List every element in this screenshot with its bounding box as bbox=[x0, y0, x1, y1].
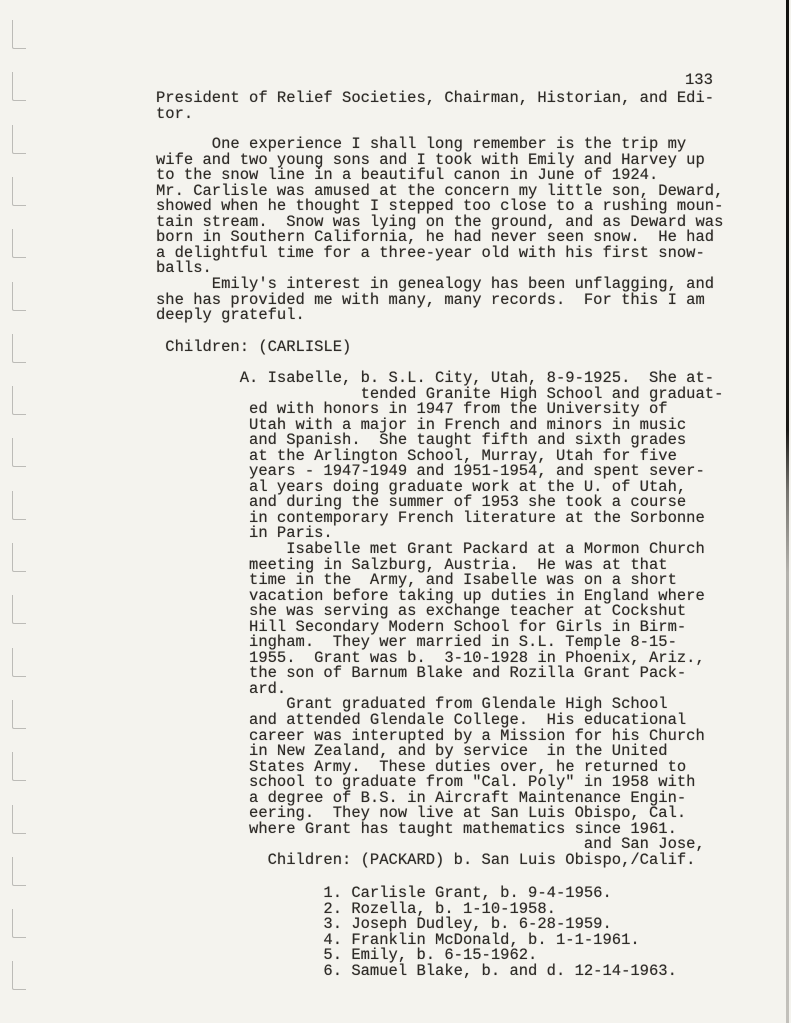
binding-mark bbox=[12, 909, 26, 938]
experience-paragraph: One experience I shall long remember is … bbox=[156, 137, 723, 277]
children-packard-list: 1. Carlisle Grant, b. 9-4-1956. 2. Rozel… bbox=[156, 886, 677, 979]
binding-mark bbox=[12, 282, 26, 311]
binding-mark bbox=[12, 961, 26, 990]
page-edge-shadow bbox=[786, 0, 789, 1023]
binding-mark bbox=[12, 857, 26, 886]
binding-mark bbox=[12, 648, 26, 677]
binding-mark bbox=[12, 543, 26, 572]
page-number: 133 bbox=[685, 73, 713, 89]
binding-mark bbox=[12, 805, 26, 834]
binding-mark bbox=[12, 334, 26, 363]
binding-mark bbox=[12, 229, 26, 258]
children-carlisle-heading: Children: (CARLISLE) bbox=[156, 340, 351, 356]
binding-mark bbox=[12, 125, 26, 154]
binding-mark bbox=[12, 386, 26, 415]
isabelle-entry-paragraphs: A. Isabelle, b. S.L. City, Utah, 8-9-192… bbox=[156, 371, 723, 869]
binding-mark bbox=[12, 752, 26, 781]
scanned-document-page: 133 President of Relief Societies, Chair… bbox=[0, 0, 791, 1023]
binding-mark bbox=[12, 20, 26, 49]
binding-mark bbox=[12, 177, 26, 206]
intro-paragraph: President of Relief Societies, Chairman,… bbox=[156, 91, 714, 122]
genealogy-paragraph: Emily's interest in genealogy has been u… bbox=[156, 277, 714, 324]
binding-mark bbox=[12, 700, 26, 729]
binding-mark bbox=[12, 595, 26, 624]
binding-mark bbox=[12, 491, 26, 520]
binding-mark bbox=[12, 72, 26, 101]
binding-mark bbox=[12, 438, 26, 467]
